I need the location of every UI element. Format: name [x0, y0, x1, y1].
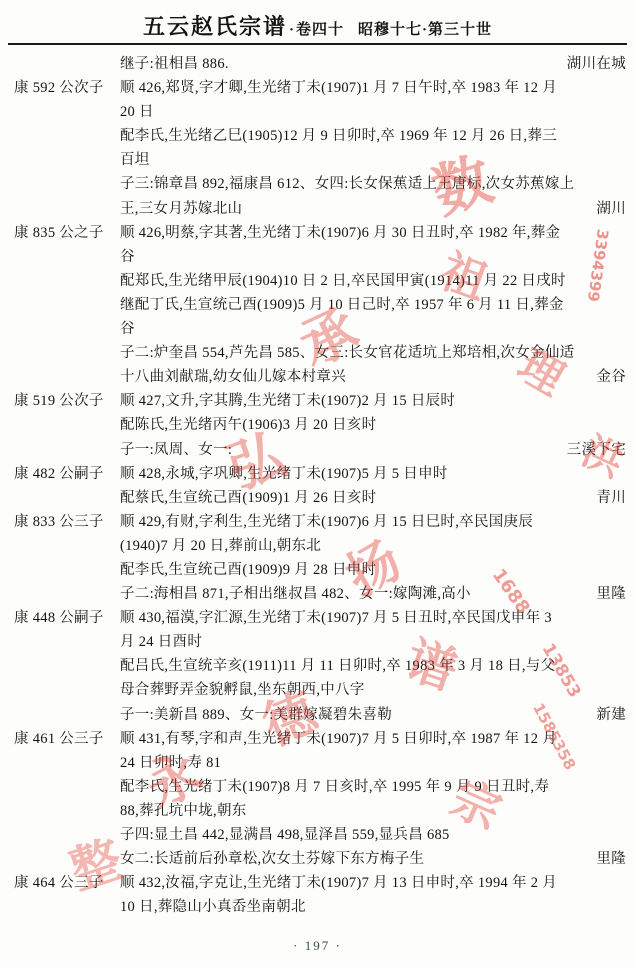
margin-label: [0, 148, 120, 172]
place-name: 里隆: [596, 847, 626, 871]
genealogy-row: 继配丁氏,生宣统己酉(1909)5 月 10 日己时,卒 1957 年 6 月 …: [0, 293, 635, 317]
margin-label: 康 464 公三子: [0, 871, 120, 895]
genealogy-row: 配李氏,生宣统己酉(1909)9 月 28 日申时: [0, 558, 635, 582]
entry-text: 新建子一:美新昌 889、女一:美群嫁凝碧朱喜勒: [120, 703, 635, 727]
entry-text-content: 配蔡氏,生宣统己酉(1909)1 月 26 日亥时: [120, 490, 376, 506]
page-header: 五云赵氏宗谱·卷四十昭穆十七·第三十世: [0, 10, 635, 41]
genealogy-row: 88,葬孔坑中垅,朝东: [0, 799, 635, 823]
margin-label: 康 519 公次子: [0, 389, 120, 413]
margin-label: [0, 438, 120, 462]
section-label: 昭穆十七·第三十世: [358, 22, 492, 38]
entry-text: 配李氏,生宣统己酉(1909)9 月 28 日申时: [120, 558, 635, 582]
genealogy-row: 康 461 公三子顺 431,有琴,字和声,生光绪丁未(1907)7 月 5 日…: [0, 727, 635, 751]
entry-text: 百坦: [120, 148, 635, 172]
entry-text: 子三:锦章昌 892,福康昌 612、女四:长女保蕉适上王唐标,次女苏蕉嫁上: [120, 172, 635, 196]
genealogy-row: 湖川王,三女月苏嫁北山: [0, 197, 635, 221]
entry-text-content: 配吕氏,生宣统辛亥(1911)11 月 11 日卯时,卒 1983 年 3 月 …: [120, 658, 555, 674]
entry-text: 10 日,葬隐山小真岙坐南朝北: [120, 895, 635, 919]
margin-label: [0, 486, 120, 510]
entry-text: 20 日: [120, 100, 635, 124]
margin-label: [0, 703, 120, 727]
entry-text: 顺 426,郑贤,字才卿,生光绪丁未(1907)1 月 7 日午时,卒 1983…: [120, 76, 635, 100]
margin-label: [0, 245, 120, 269]
header-divider: [8, 43, 627, 45]
place-name: 湖川在城: [567, 52, 626, 76]
margin-label: 康 461 公三子: [0, 727, 120, 751]
entry-text-content: 子一:凤周、女一:: [120, 442, 232, 458]
place-name: 青川: [596, 486, 626, 510]
entry-text-content: 顺 429,有财,字利生,生光绪丁未(1907)6 月 15 日巳时,卒民国庚辰: [120, 514, 533, 530]
entry-text-content: 配李氏,生光绪乙巳(1905)12 月 9 日卯时,卒 1969 年 12 月 …: [120, 128, 557, 144]
entry-text: 88,葬孔坑中垅,朝东: [120, 799, 635, 823]
genealogy-row: 配陈氏,生光绪丙午(1906)3 月 20 日亥时: [0, 413, 635, 437]
entry-text: 三溪下宅子一:凤周、女一:: [120, 438, 635, 462]
entry-text: 顺 431,有琴,字和声,生光绪丁未(1907)7 月 5 日卯时,卒 1987…: [120, 727, 635, 751]
genealogy-row: 子四:显土昌 442,显满昌 498,显泽昌 559,显兵昌 685: [0, 823, 635, 847]
entry-text: 顺 429,有财,字利生,生光绪丁未(1907)6 月 15 日巳时,卒民国庚辰: [120, 510, 635, 534]
margin-label: [0, 341, 120, 365]
entry-text-content: 谷: [120, 321, 135, 337]
margin-label: 康 833 公三子: [0, 510, 120, 534]
genealogy-row: 配李氏,生光绪丁未(1907)8 月 7 日亥时,卒 1995 年 9 月 9 …: [0, 775, 635, 799]
title-separator: ·: [287, 22, 296, 38]
margin-label: [0, 823, 120, 847]
entry-text: 母合葬野弄金貌孵鼠,坐东朝西,中八字: [120, 678, 635, 702]
margin-label: [0, 847, 120, 871]
genealogy-row: 配李氏,生光绪乙巳(1905)12 月 9 日卯时,卒 1969 年 12 月 …: [0, 124, 635, 148]
entry-text: 顺 428,永城,字巩卿,生光绪丁未(1907)5 月 5 日申时: [120, 462, 635, 486]
place-name: 金谷: [596, 365, 626, 389]
genealogy-row: 子三:锦章昌 892,福康昌 612、女四:长女保蕉适上王唐标,次女苏蕉嫁上: [0, 172, 635, 196]
volume-label: 卷四十: [296, 22, 344, 38]
margin-label: [0, 365, 120, 389]
margin-label: [0, 172, 120, 196]
entry-text-content: 子一:美新昌 889、女一:美群嫁凝碧朱喜勒: [120, 707, 392, 723]
entry-text: 青川配蔡氏,生宣统己酉(1909)1 月 26 日亥时: [120, 486, 635, 510]
entry-text-content: 子三:锦章昌 892,福康昌 612、女四:长女保蕉适上王唐标,次女苏蕉嫁上: [120, 176, 574, 192]
entry-text: 月 24 日酉时: [120, 630, 635, 654]
entry-text-content: 月 24 日酉时: [120, 634, 202, 650]
place-name: 新建: [596, 703, 626, 727]
entry-text: 顺 426,明蔡,字其著,生光绪丁未(1907)6 月 30 日丑时,卒 198…: [120, 221, 635, 245]
entry-text-content: 十八曲刘献瑞,幼女仙儿嫁本村章兴: [120, 369, 346, 385]
genealogy-row: 谷: [0, 317, 635, 341]
margin-label: [0, 630, 120, 654]
place-name: 湖川: [596, 197, 626, 221]
entry-text-content: 王,三女月苏嫁北山: [120, 201, 242, 217]
margin-label: 康 482 公嗣子: [0, 462, 120, 486]
margin-label: [0, 124, 120, 148]
genealogy-page: 五云赵氏宗谱·卷四十昭穆十七·第三十世 湖川在城继子:祖相昌 886.康 592…: [0, 0, 635, 968]
entry-text: 湖川王,三女月苏嫁北山: [120, 197, 635, 221]
entry-text: 配吕氏,生宣统辛亥(1911)11 月 11 日卯时,卒 1983 年 3 月 …: [120, 654, 635, 678]
entry-text-content: 继配丁氏,生宣统己酉(1909)5 月 10 日己时,卒 1957 年 6 月 …: [120, 297, 564, 313]
entry-text: 24 日卯时,寿 81: [120, 751, 635, 775]
margin-label: [0, 558, 120, 582]
margin-label: [0, 269, 120, 293]
genealogy-row: 配吕氏,生宣统辛亥(1911)11 月 11 日卯时,卒 1983 年 3 月 …: [0, 654, 635, 678]
page-number: · 197 ·: [0, 938, 635, 954]
margin-label: [0, 799, 120, 823]
entry-text-content: 顺 430,福漠,字汇源,生光绪丁未(1907)7 月 5 日丑时,卒民国戊申年…: [120, 610, 552, 626]
entry-text-content: 24 日卯时,寿 81: [120, 755, 221, 771]
entry-text: 谷: [120, 317, 635, 341]
margin-label: [0, 293, 120, 317]
margin-label: 康 592 公次子: [0, 76, 120, 100]
entry-text-content: 子四:显土昌 442,显满昌 498,显泽昌 559,显兵昌 685: [120, 827, 450, 843]
genealogy-row: 金谷十八曲刘献瑞,幼女仙儿嫁本村章兴: [0, 365, 635, 389]
margin-label: [0, 197, 120, 221]
entry-text-content: 配李氏,生宣统己酉(1909)9 月 28 日申时: [120, 562, 376, 578]
place-name: 三溪下宅: [567, 438, 626, 462]
genealogy-row: 百坦: [0, 148, 635, 172]
genealogy-row: 10 日,葬隐山小真岙坐南朝北: [0, 895, 635, 919]
genealogy-row: 湖川在城继子:祖相昌 886.: [0, 52, 635, 76]
margin-label: [0, 100, 120, 124]
place-name: 里隆: [596, 582, 626, 606]
genealogy-row: 里隆女二:长适前后孙章松,次女土芬嫁下东方梅子生: [0, 847, 635, 871]
entry-text-content: 顺 427,文升,字其腾,生光绪丁未(1907)2 月 15 日辰时: [120, 393, 455, 409]
entry-text: 谷: [120, 245, 635, 269]
margin-label: [0, 654, 120, 678]
entry-text: 子二:炉奎昌 554,芦先昌 585、女三:长女官花适坑上郑培相,次女金仙适: [120, 341, 635, 365]
book-title: 五云赵氏宗谱: [143, 14, 287, 39]
genealogy-row: 康 482 公嗣子顺 428,永城,字巩卿,生光绪丁未(1907)5 月 5 日…: [0, 462, 635, 486]
entry-text-content: 顺 432,汝福,字克让,生光绪丁未(1907)7 月 13 日申时,卒 199…: [120, 875, 557, 891]
margin-label: [0, 317, 120, 341]
genealogy-row: (1940)7 月 20 日,葬前山,朝东北: [0, 534, 635, 558]
margin-label: [0, 582, 120, 606]
genealogy-row: 月 24 日酉时: [0, 630, 635, 654]
entry-text: 子四:显土昌 442,显满昌 498,显泽昌 559,显兵昌 685: [120, 823, 635, 847]
entry-text-content: 顺 426,明蔡,字其著,生光绪丁未(1907)6 月 30 日丑时,卒 198…: [120, 225, 560, 241]
genealogy-row: 康 519 公次子顺 427,文升,字其腾,生光绪丁未(1907)2 月 15 …: [0, 389, 635, 413]
entry-text: 配郑氏,生光绪甲辰(1904)10 日 2 日,卒民国甲寅(1914)11 月 …: [120, 269, 635, 293]
genealogy-row: 24 日卯时,寿 81: [0, 751, 635, 775]
genealogy-row: 里隆子二:海相昌 871,子相出继叔昌 482、女一:嫁陶滩,高小: [0, 582, 635, 606]
entry-text: 顺 427,文升,字其腾,生光绪丁未(1907)2 月 15 日辰时: [120, 389, 635, 413]
margin-label: [0, 534, 120, 558]
genealogy-row: 母合葬野弄金貌孵鼠,坐东朝西,中八字: [0, 678, 635, 702]
entry-text-content: 配李氏,生光绪丁未(1907)8 月 7 日亥时,卒 1995 年 9 月 9 …: [120, 779, 549, 795]
genealogy-row: 康 833 公三子顺 429,有财,字利生,生光绪丁未(1907)6 月 15 …: [0, 510, 635, 534]
entry-text-content: 母合葬野弄金貌孵鼠,坐东朝西,中八字: [120, 682, 365, 698]
entry-text: 里隆子二:海相昌 871,子相出继叔昌 482、女一:嫁陶滩,高小: [120, 582, 635, 606]
entry-text: 顺 432,汝福,字克让,生光绪丁未(1907)7 月 13 日申时,卒 199…: [120, 871, 635, 895]
entry-text-content: 配陈氏,生光绪丙午(1906)3 月 20 日亥时: [120, 417, 376, 433]
entry-text-content: 顺 426,郑贤,字才卿,生光绪丁未(1907)1 月 7 日午时,卒 1983…: [120, 80, 557, 96]
entry-text-content: 子二:海相昌 871,子相出继叔昌 482、女一:嫁陶滩,高小: [120, 586, 471, 602]
entry-text: 里隆女二:长适前后孙章松,次女土芬嫁下东方梅子生: [120, 847, 635, 871]
margin-label: [0, 52, 120, 76]
margin-label: [0, 775, 120, 799]
margin-label: [0, 413, 120, 437]
genealogy-row: 新建子一:美新昌 889、女一:美群嫁凝碧朱喜勒: [0, 703, 635, 727]
entry-text: 配李氏,生光绪丁未(1907)8 月 7 日亥时,卒 1995 年 9 月 9 …: [120, 775, 635, 799]
entry-text-content: 88,葬孔坑中垅,朝东: [120, 803, 247, 819]
entry-text-content: 20 日: [120, 104, 154, 120]
entry-text-content: 顺 431,有琴,字和声,生光绪丁未(1907)7 月 5 日卯时,卒 1987…: [120, 731, 557, 747]
entry-text-content: 顺 428,永城,字巩卿,生光绪丁未(1907)5 月 5 日申时: [120, 466, 448, 482]
entry-text-content: 10 日,葬隐山小真岙坐南朝北: [120, 899, 306, 915]
entry-text: 继配丁氏,生宣统己酉(1909)5 月 10 日己时,卒 1957 年 6 月 …: [120, 293, 635, 317]
entry-text-content: 百坦: [120, 152, 150, 168]
entry-text-content: 继子:祖相昌 886.: [120, 56, 229, 72]
entry-text: 顺 430,福漠,字汇源,生光绪丁未(1907)7 月 5 日丑时,卒民国戊申年…: [120, 606, 635, 630]
genealogy-row: 配郑氏,生光绪甲辰(1904)10 日 2 日,卒民国甲寅(1914)11 月 …: [0, 269, 635, 293]
genealogy-row: 三溪下宅子一:凤周、女一:: [0, 438, 635, 462]
entry-text-content: 谷: [120, 249, 135, 265]
margin-label: [0, 751, 120, 775]
genealogy-row: 20 日: [0, 100, 635, 124]
entry-text: (1940)7 月 20 日,葬前山,朝东北: [120, 534, 635, 558]
genealogy-row: 康 592 公次子顺 426,郑贤,字才卿,生光绪丁未(1907)1 月 7 日…: [0, 76, 635, 100]
genealogy-row: 康 464 公三子顺 432,汝福,字克让,生光绪丁未(1907)7 月 13 …: [0, 871, 635, 895]
genealogy-row: 康 835 公之子顺 426,明蔡,字其著,生光绪丁未(1907)6 月 30 …: [0, 221, 635, 245]
genealogy-row: 青川配蔡氏,生宣统己酉(1909)1 月 26 日亥时: [0, 486, 635, 510]
entry-text-content: 女二:长适前后孙章松,次女土芬嫁下东方梅子生: [120, 851, 424, 867]
entry-text-content: 配郑氏,生光绪甲辰(1904)10 日 2 日,卒民国甲寅(1914)11 月 …: [120, 273, 566, 289]
genealogy-row: 子二:炉奎昌 554,芦先昌 585、女三:长女官花适坑上郑培相,次女金仙适: [0, 341, 635, 365]
entry-text: 金谷十八曲刘献瑞,幼女仙儿嫁本村章兴: [120, 365, 635, 389]
entries-list: 湖川在城继子:祖相昌 886.康 592 公次子顺 426,郑贤,字才卿,生光绪…: [0, 52, 635, 919]
entry-text: 湖川在城继子:祖相昌 886.: [120, 52, 635, 76]
entry-text: 配陈氏,生光绪丙午(1906)3 月 20 日亥时: [120, 413, 635, 437]
entry-text: 配李氏,生光绪乙巳(1905)12 月 9 日卯时,卒 1969 年 12 月 …: [120, 124, 635, 148]
entry-text-content: (1940)7 月 20 日,葬前山,朝东北: [120, 538, 321, 554]
entry-text-content: 子二:炉奎昌 554,芦先昌 585、女三:长女官花适坑上郑培相,次女金仙适: [120, 345, 574, 361]
margin-label: [0, 895, 120, 919]
margin-label: 康 448 公嗣子: [0, 606, 120, 630]
genealogy-row: 康 448 公嗣子顺 430,福漠,字汇源,生光绪丁未(1907)7 月 5 日…: [0, 606, 635, 630]
margin-label: 康 835 公之子: [0, 221, 120, 245]
margin-label: [0, 678, 120, 702]
genealogy-row: 谷: [0, 245, 635, 269]
